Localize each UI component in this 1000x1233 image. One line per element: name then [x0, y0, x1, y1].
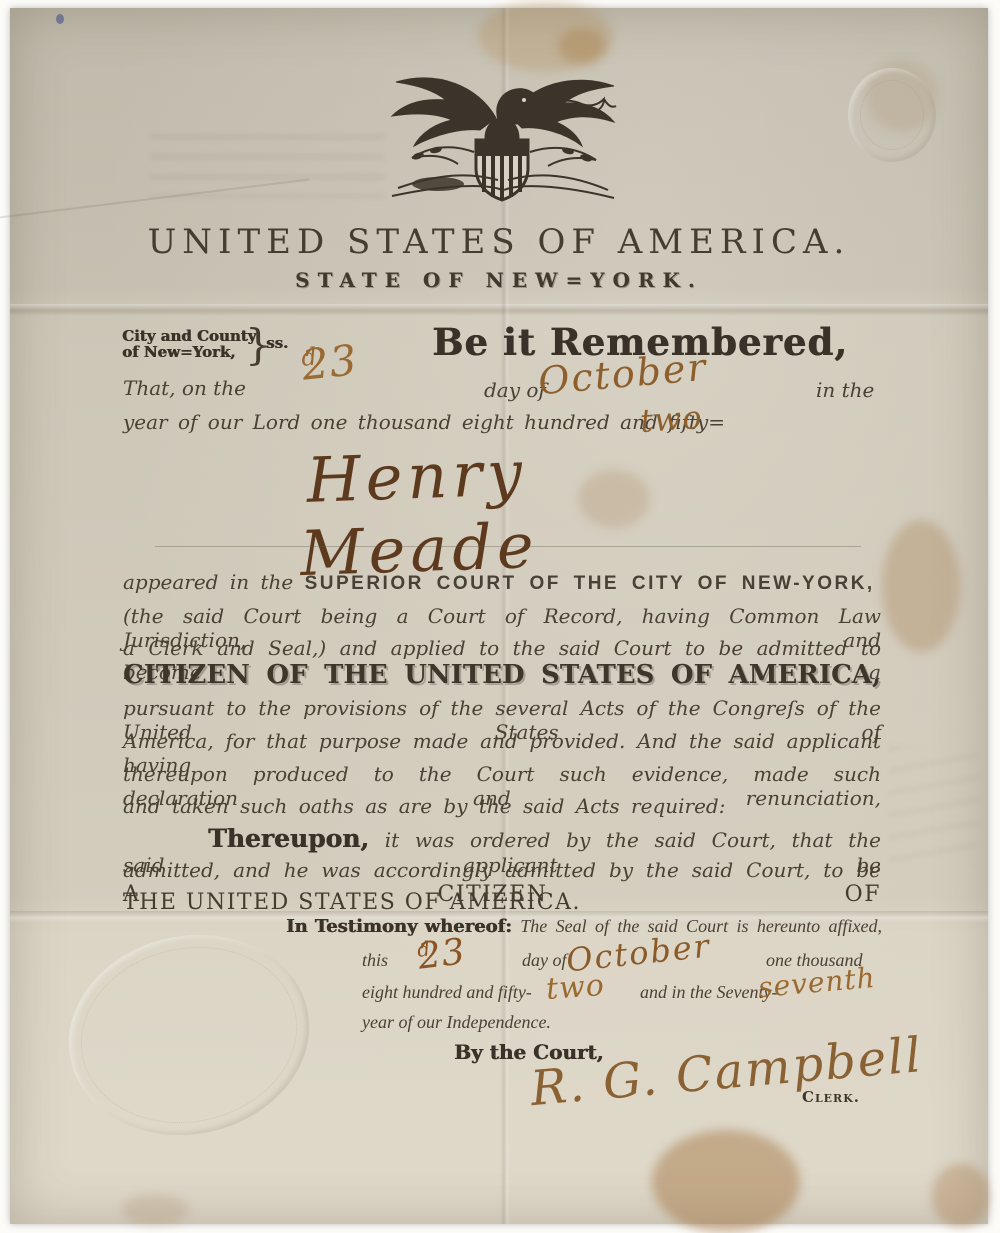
showthrough-text-right [888, 746, 978, 866]
clerk-title: Clerk. [802, 1088, 860, 1106]
embossed-seal-top-right [848, 68, 936, 162]
blue-fleck [56, 14, 64, 24]
thereupon-word: Thereupon, [208, 824, 369, 853]
t-day-number: 23 [416, 931, 468, 978]
eight-hundred: eight hundred and fifty- [362, 982, 532, 1003]
eagle-emblem-icon [378, 56, 628, 214]
stain-bottom-right [652, 1130, 800, 1233]
showthrough-text-upper [150, 134, 385, 198]
t-day-of: day of [522, 950, 567, 971]
year-line: year of our Lord one thousand eight hund… [123, 410, 725, 434]
in-testimony-heading: In Testimony whereof: [286, 916, 512, 937]
court-name: SUPERIOR COURT OF THE CITY OF NEW-YORK, [305, 573, 875, 594]
citizen-heading: CITIZEN OF THE UNITED STATES OF AMERICA, [123, 660, 881, 690]
embossed-court-seal [50, 913, 328, 1157]
body-line8: and taken such oaths as are by the said … [123, 794, 881, 818]
in-the-label: in the [816, 378, 874, 402]
certificate-paper: UNITED STATES OF AMERICA. STATE OF NEW=Y… [10, 8, 988, 1224]
stain-bottom-right-edge [932, 1164, 990, 1228]
signature-baseline-rule [155, 546, 861, 547]
stain-right-middle [882, 520, 960, 652]
this-word: this [362, 950, 388, 971]
order-line3-caps: THE UNITED STATES OF AMERICA. [123, 890, 581, 915]
document-title: UNITED STATES OF AMERICA. [10, 222, 988, 262]
photo-backdrop: UNITED STATES OF AMERICA. STATE OF NEW=Y… [0, 0, 1000, 1233]
independence-line: year of our Independence. [362, 1012, 551, 1033]
venue-block: City and County of New=York, [122, 328, 256, 360]
day-of-label: day of [484, 378, 546, 402]
fold-crease-top [10, 304, 988, 316]
stain-bottom-left [122, 1194, 188, 1226]
venue-line1: City and County [122, 328, 256, 344]
that-on-the: That, on the [123, 376, 246, 400]
testimony-line1: In Testimony whereof: The Seal of the sa… [286, 916, 882, 937]
handwritten-day-testimony: 23d [416, 935, 435, 977]
and-in-the-seventy: and in the Seventy- [640, 982, 777, 1003]
document-subtitle: STATE OF NEW=YORK. [10, 268, 988, 292]
day-number: 23 [299, 335, 359, 390]
appeared-line: appeared in the SUPERIOR COURT OF THE CI… [123, 570, 881, 595]
appeared-prefix: appeared in the [123, 570, 305, 594]
handwritten-year-word-testimony: two [545, 968, 606, 1007]
handwritten-day-opening: 23d [299, 339, 320, 389]
venue-line2: of New=York, [122, 344, 256, 360]
venue-ss: ss. [266, 334, 288, 352]
order-line2-italic: admitted, and he was accordingly admitte… [123, 858, 881, 882]
